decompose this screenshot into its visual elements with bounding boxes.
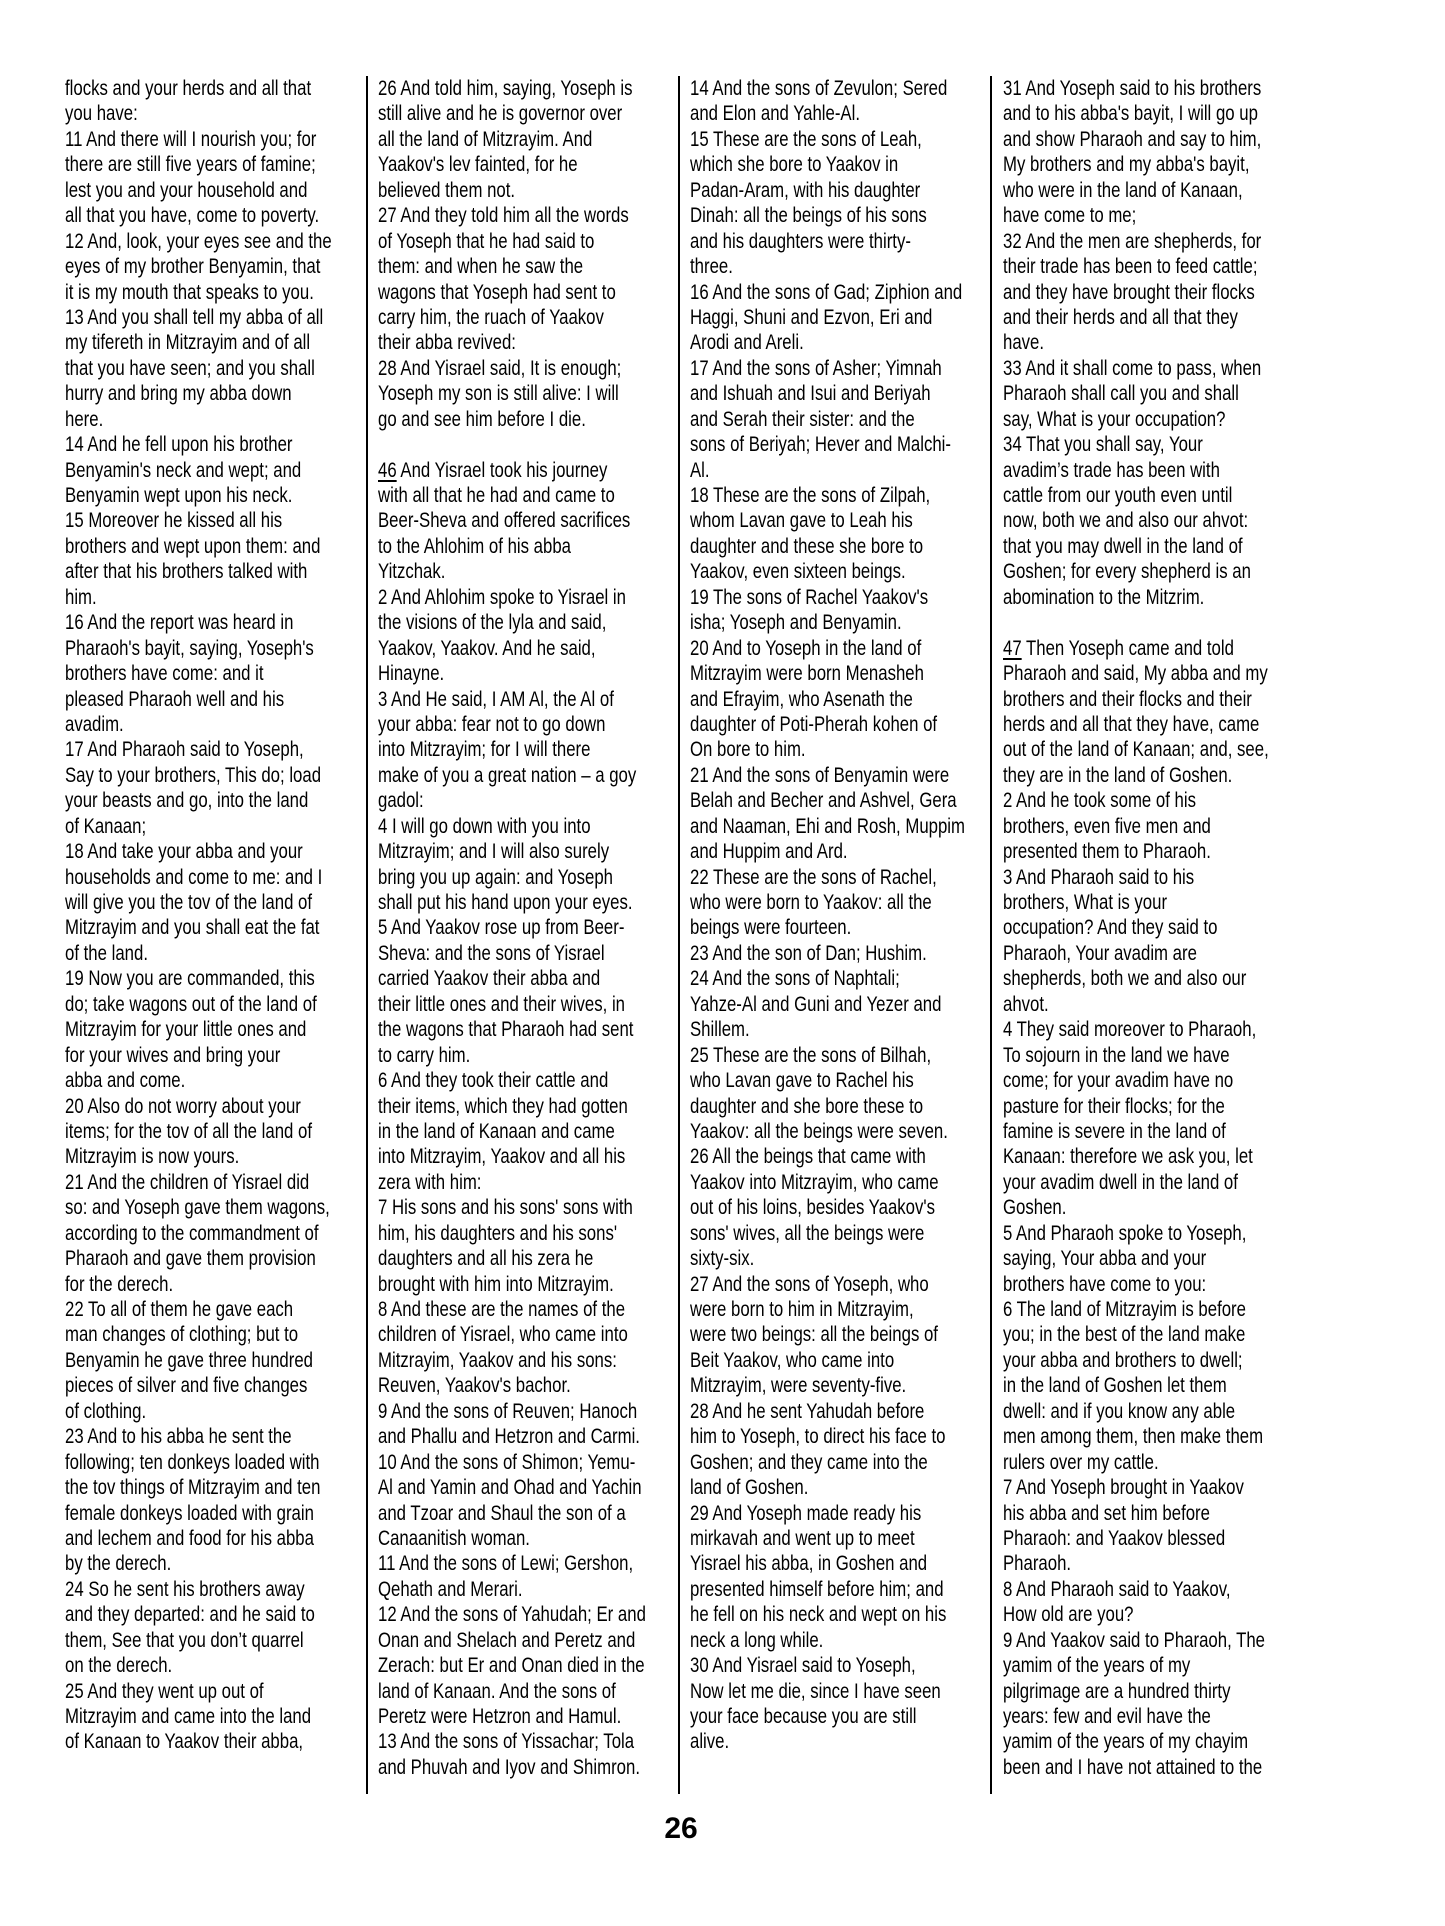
- text-line: their little ones and their wives, in: [378, 992, 674, 1017]
- chapter-number: 47: [1003, 636, 1022, 660]
- text-line: Yitzchak.: [378, 559, 674, 584]
- text-line: three.: [690, 254, 986, 279]
- text-line: pleased Pharaoh well and his: [65, 687, 361, 712]
- text-line: shall put his hand upon your eyes.: [378, 890, 674, 915]
- text-line: Belah and Becher and Ashvel, Gera: [690, 788, 986, 813]
- text-line: famine is severe in the land of: [1003, 1119, 1299, 1144]
- text-line: of Kanaan;: [65, 814, 361, 839]
- text-line: 25 And they went up out of: [65, 1679, 361, 1704]
- text-line: and their herds and all that they: [1003, 305, 1299, 330]
- text-line: following; ten donkeys loaded with: [65, 1450, 361, 1475]
- text-line: 21 And the children of Yisrael did: [65, 1170, 361, 1195]
- text-line: Onan and Shelach and Peretz and: [378, 1628, 674, 1653]
- text-line: whom Lavan gave to Leah his: [690, 508, 986, 533]
- text-line: their items, which they had gotten: [378, 1094, 674, 1119]
- text-line: 33 And it shall come to pass, when: [1003, 356, 1299, 381]
- text-line: sons of Beriyah; Hever and Malchi-: [690, 432, 986, 457]
- text-line: Mitzrayim and came into the land: [65, 1704, 361, 1729]
- text-line: 28 And he sent Yahudah before: [690, 1399, 986, 1424]
- text-line: To sojourn in the land we have: [1003, 1043, 1299, 1068]
- text-line: all that you have, come to poverty.: [65, 203, 361, 228]
- text-line: avadim’s trade has been with: [1003, 458, 1299, 483]
- text-line: 24 So he sent his brothers away: [65, 1577, 361, 1602]
- text-line: 31 And Yoseph said to his brothers: [1003, 76, 1299, 101]
- text-line: his abba and set him before: [1003, 1501, 1299, 1526]
- scripture-page: flocks and your herds and all thatyou ha…: [0, 0, 1445, 1926]
- text-line: in the land of Kanaan and came: [378, 1119, 674, 1144]
- text-line: daughter and these she bore to: [690, 534, 986, 559]
- text-line: 11 And there will I nourish you; for: [65, 127, 361, 152]
- text-line: your abba: fear not to go down: [378, 712, 674, 737]
- text-line: brothers and their flocks and their: [1003, 687, 1299, 712]
- text-line: ahvot.: [1003, 992, 1299, 1017]
- text-line: that you may dwell in the land of: [1003, 534, 1299, 559]
- text-line: My brothers and my abba's bayit,: [1003, 152, 1299, 177]
- text-line: of the land.: [65, 941, 361, 966]
- text-line: eyes of my brother Benyamin, that: [65, 254, 361, 279]
- text-line: Mitzrayim is now yours.: [65, 1144, 361, 1169]
- text-line: men among them, then make them: [1003, 1424, 1299, 1449]
- text-line: Dinah: all the beings of his sons: [690, 203, 986, 228]
- text-line: yamim of the years of my: [1003, 1653, 1299, 1678]
- text-line: 5 And Yaakov rose up from Beer-: [378, 915, 674, 940]
- text-line: 26 And told him, saying, Yoseph is: [378, 76, 674, 101]
- text-line: 24 And the sons of Naphtali;: [690, 966, 986, 991]
- text-line: sixty-six.: [690, 1246, 986, 1271]
- text-line: to the Ahlohim of his abba: [378, 534, 674, 559]
- text-line: 14 And he fell upon his brother: [65, 432, 361, 457]
- text-line: How old are you?: [1003, 1602, 1299, 1627]
- text-line: and Ishuah and Isui and Beriyah: [690, 381, 986, 406]
- text-line: and Serah their sister: and the: [690, 407, 986, 432]
- text-line: daughter of Poti-Pherah kohen of: [690, 712, 986, 737]
- text-line: Yisrael his abba, in Goshen and: [690, 1551, 986, 1576]
- text-line: Mitzrayim; and I will also surely: [378, 839, 674, 864]
- text-line: the visions of the lyla and said,: [378, 610, 674, 635]
- text-line: Shillem.: [690, 1017, 986, 1042]
- text-line: 25 These are the sons of Bilhah,: [690, 1043, 986, 1068]
- text-line: land of Kanaan. And the sons of: [378, 1679, 674, 1704]
- text-line: saying, Your abba and your: [1003, 1246, 1299, 1271]
- text-line: pilgrimage are a hundred thirty: [1003, 1679, 1299, 1704]
- text-line: of Yoseph that he had said to: [378, 229, 674, 254]
- text-line: pieces of silver and five changes: [65, 1373, 361, 1398]
- text-line: Yahze-Al and Guni and Yezer and: [690, 992, 986, 1017]
- text-line: 12 And the sons of Yahudah; Er and: [378, 1602, 674, 1627]
- text-line: out of the land of Kanaan; and, see,: [1003, 737, 1299, 762]
- column-divider-2: [678, 76, 680, 1794]
- text-line: Mitzrayim for your little ones and: [65, 1017, 361, 1042]
- text-line: go and see him before I die.: [378, 407, 674, 432]
- text-line: Goshen; for every shepherd is an: [1003, 559, 1299, 584]
- text-line: you have:: [65, 101, 361, 126]
- text-line: 22 These are the sons of Rachel,: [690, 865, 986, 890]
- text-line: daughter and she bore these to: [690, 1094, 986, 1119]
- text-line: Benyamin he gave three hundred: [65, 1348, 361, 1373]
- text-line: 7 His sons and his sons' sons with: [378, 1195, 674, 1220]
- text-line: which she bore to Yaakov in: [690, 152, 986, 177]
- text-line: 13 And the sons of Yissachar; Tola: [378, 1729, 674, 1754]
- text-line: 47 Then Yoseph came and told: [1003, 636, 1299, 661]
- text-line: believed them not.: [378, 178, 674, 203]
- text-line: Yaakov: all the beings were seven.: [690, 1119, 986, 1144]
- text-line: your beasts and go, into the land: [65, 788, 361, 813]
- text-line: and they departed: and he said to: [65, 1602, 361, 1627]
- text-line: On bore to him.: [690, 737, 986, 762]
- text-line: Yaakov, Yaakov. And he said,: [378, 636, 674, 661]
- text-line: make of you a great nation – a goy: [378, 763, 674, 788]
- text-line: Al.: [690, 458, 986, 483]
- text-line: Beer-Sheva and offered sacrifices: [378, 508, 674, 533]
- text-line: and Efrayim, who Asenath the: [690, 687, 986, 712]
- text-line: 23 And to his abba he sent the: [65, 1424, 361, 1449]
- text-column-4: 31 And Yoseph said to his brothersand to…: [1003, 76, 1299, 1780]
- text-line: the tov things of Mitzrayim and ten: [65, 1475, 361, 1500]
- text-line: presented them to Pharaoh.: [1003, 839, 1299, 864]
- text-line: Benyamin's neck and wept; and: [65, 458, 361, 483]
- text-line: 23 And the son of Dan; Hushim.: [690, 941, 986, 966]
- text-line: 20 And to Yoseph in the land of: [690, 636, 986, 661]
- text-line: 12 And, look, your eyes see and the: [65, 229, 361, 254]
- text-line: 4 I will go down with you into: [378, 814, 674, 839]
- text-line: daughters and all his zera he: [378, 1246, 674, 1271]
- text-line: will give you the tov of the land of: [65, 890, 361, 915]
- text-line: who Lavan gave to Rachel his: [690, 1068, 986, 1093]
- text-line: brothers have come: and it: [65, 661, 361, 686]
- text-line: they are in the land of Goshen.: [1003, 763, 1299, 788]
- text-line: sons' wives, all the beings were: [690, 1221, 986, 1246]
- text-line: into Mitzrayim, Yaakov and all his: [378, 1144, 674, 1169]
- text-line: Pharaoh: and Yaakov blessed: [1003, 1526, 1299, 1551]
- text-line: 27 And they told him all the words: [378, 203, 674, 228]
- text-line: Canaanitish woman.: [378, 1526, 674, 1551]
- text-line: 8 And Pharaoh said to Yaakov,: [1003, 1577, 1299, 1602]
- text-line: now, both we and also our ahvot:: [1003, 508, 1299, 533]
- text-line: and show Pharaoh and say to him,: [1003, 127, 1299, 152]
- text-line: Pharaoh's bayit, saying, Yoseph's: [65, 636, 361, 661]
- text-line: of clothing.: [65, 1399, 361, 1424]
- text-line: 8 And these are the names of the: [378, 1297, 674, 1322]
- text-line: and Naaman, Ehi and Rosh, Muppim: [690, 814, 986, 839]
- text-line: for the derech.: [65, 1272, 361, 1297]
- text-line: and Huppim and Ard.: [690, 839, 986, 864]
- text-line: Say to your brothers, This do; load: [65, 763, 361, 788]
- text-column-1-content: flocks and your herds and all thatyou ha…: [65, 76, 361, 1755]
- text-line: 2 And Ahlohim spoke to Yisrael in: [378, 585, 674, 610]
- text-line: pasture for their flocks; for the: [1003, 1094, 1299, 1119]
- text-line: into Mitzrayim; for I will there: [378, 737, 674, 762]
- text-line: years: few and evil have the: [1003, 1704, 1299, 1729]
- text-line: 21 And the sons of Benyamin were: [690, 763, 986, 788]
- text-line: you; in the best of the land make: [1003, 1322, 1299, 1347]
- text-line: 27 And the sons of Yoseph, who: [690, 1272, 986, 1297]
- text-line: for your wives and bring your: [65, 1043, 361, 1068]
- text-line: that you have seen; and you shall: [65, 356, 361, 381]
- text-line: and Tzoar and Shaul the son of a: [378, 1501, 674, 1526]
- text-line: brothers have come to you:: [1003, 1272, 1299, 1297]
- text-line: Goshen; and they came into the: [690, 1450, 986, 1475]
- text-line: your abba and brothers to dwell;: [1003, 1348, 1299, 1373]
- text-line: 2 And he took some of his: [1003, 788, 1299, 813]
- text-line: land of Goshen.: [690, 1475, 986, 1500]
- text-line: 26 All the beings that came with: [690, 1144, 986, 1169]
- text-line: Yoseph my son is still alive: I will: [378, 381, 674, 406]
- text-line: mirkavah and went up to meet: [690, 1526, 986, 1551]
- text-line: children of Yisrael, who came into: [378, 1322, 674, 1347]
- text-line: man changes of clothing; but to: [65, 1322, 361, 1347]
- text-column-4-content: 31 And Yoseph said to his brothersand to…: [1003, 76, 1299, 1780]
- text-line: brothers, What is your: [1003, 890, 1299, 915]
- text-column-3-content: 14 And the sons of Zevulon; Seredand Elo…: [690, 76, 986, 1755]
- text-line: rulers over my cattle.: [1003, 1450, 1299, 1475]
- text-line: out of his loins, besides Yaakov's: [690, 1195, 986, 1220]
- text-line: alive.: [690, 1729, 986, 1754]
- text-line: Mitzrayim and you shall eat the fat: [65, 915, 361, 940]
- text-line: dwell: and if you know any able: [1003, 1399, 1299, 1424]
- text-line: 16 And the report was heard in: [65, 610, 361, 635]
- text-line: lest you and your household and: [65, 178, 361, 203]
- text-line: 13 And you shall tell my abba of all: [65, 305, 361, 330]
- text-line: so: and Yoseph gave them wagons,: [65, 1195, 361, 1220]
- text-line: 15 These are the sons of Leah,: [690, 127, 986, 152]
- page-number: 26: [65, 1812, 1297, 1846]
- text-line: Yaakov's lev fainted, for he: [378, 152, 674, 177]
- text-line: hurry and bring my abba down: [65, 381, 361, 406]
- text-line: 28 And Yisrael said, It is enough;: [378, 356, 674, 381]
- text-line: 17 And the sons of Asher; Yimnah: [690, 356, 986, 381]
- text-line: flocks and your herds and all that: [65, 76, 361, 101]
- text-line: and Phuvah and Iyov and Shimron.: [378, 1755, 674, 1780]
- text-line: after that his brothers talked with: [65, 559, 361, 584]
- text-line: by the derech.: [65, 1551, 361, 1576]
- text-line: Haggi, Shuni and Ezvon, Eri and: [690, 305, 986, 330]
- text-line: Zerach: but Er and Onan died in the: [378, 1653, 674, 1678]
- text-line: 16 And the sons of Gad; Ziphion and: [690, 280, 986, 305]
- text-line: him, his daughters and his sons': [378, 1221, 674, 1246]
- text-line: all the land of Mitzrayim. And: [378, 127, 674, 152]
- text-line: 10 And the sons of Shimon; Yemu-: [378, 1450, 674, 1475]
- text-line: on the derech.: [65, 1653, 361, 1678]
- text-line: abba and come.: [65, 1068, 361, 1093]
- text-line: 18 These are the sons of Zilpah,: [690, 483, 986, 508]
- text-line: their abba revived:: [378, 330, 674, 355]
- text-line: and his daughters were thirty-: [690, 229, 986, 254]
- text-line: 5 And Pharaoh spoke to Yoseph,: [1003, 1221, 1299, 1246]
- text-line: avadim.: [65, 712, 361, 737]
- text-line: to carry him.: [378, 1043, 674, 1068]
- text-line: 6 And they took their cattle and: [378, 1068, 674, 1093]
- text-line: 19 The sons of Rachel Yaakov's: [690, 585, 986, 610]
- text-line: Pharaoh and said, My abba and my: [1003, 661, 1299, 686]
- text-line: with all that he had and came to: [378, 483, 674, 508]
- text-line: 15 Moreover he kissed all his: [65, 508, 361, 533]
- text-column-1: flocks and your herds and all thatyou ha…: [65, 76, 361, 1755]
- text-line: it is my mouth that speaks to you.: [65, 280, 361, 305]
- text-line: the wagons that Pharaoh had sent: [378, 1017, 674, 1042]
- text-line: presented himself before him; and: [690, 1577, 986, 1602]
- text-line: and lechem and food for his abba: [65, 1526, 361, 1551]
- text-line: 29 And Yoseph made ready his: [690, 1501, 986, 1526]
- text-line: Mitzrayim were born Menasheh: [690, 661, 986, 686]
- text-line: Now let me die, since I have seen: [690, 1679, 986, 1704]
- chapter-number: 46: [378, 458, 397, 482]
- text-line: say, What is your occupation?: [1003, 407, 1299, 432]
- text-line: gadol:: [378, 788, 674, 813]
- text-line: items; for the tov of all the land of: [65, 1119, 361, 1144]
- text-line: Pharaoh, Your avadim are: [1003, 941, 1299, 966]
- text-line: 7 And Yoseph brought in Yaakov: [1003, 1475, 1299, 1500]
- text-line: 3 And Pharaoh said to his: [1003, 865, 1299, 890]
- text-line: were two beings: all the beings of: [690, 1322, 986, 1347]
- text-line: Mitzrayim, were seventy-five.: [690, 1373, 986, 1398]
- text-line: Yaakov, even sixteen beings.: [690, 559, 986, 584]
- text-line: 9 And the sons of Reuven; Hanoch: [378, 1399, 674, 1424]
- text-line: female donkeys loaded with grain: [65, 1501, 361, 1526]
- text-line: do; take wagons out of the land of: [65, 992, 361, 1017]
- text-line: 20 Also do not worry about your: [65, 1094, 361, 1119]
- text-line: 3 And He said, I AM Al, the Al of: [378, 687, 674, 712]
- text-line: their trade has been to feed cattle;: [1003, 254, 1299, 279]
- text-line: still alive and he is governor over: [378, 101, 674, 126]
- text-line: beings were fourteen.: [690, 915, 986, 940]
- text-line: zera with him:: [378, 1170, 674, 1195]
- text-line: have come to me;: [1003, 203, 1299, 228]
- text-line: 9 And Yaakov said to Pharaoh, The: [1003, 1628, 1299, 1653]
- text-line: Benyamin wept upon his neck.: [65, 483, 361, 508]
- text-line: Al and Yamin and Ohad and Yachin: [378, 1475, 674, 1500]
- text-line: cattle from our youth even until: [1003, 483, 1299, 508]
- text-line: of Kanaan to Yaakov their abba,: [65, 1729, 361, 1754]
- text-line: Pharaoh shall call you and shall: [1003, 381, 1299, 406]
- text-line: according to the commandment of: [65, 1221, 361, 1246]
- text-line: 34 That you shall say, Your: [1003, 432, 1299, 457]
- text-line: neck a long while.: [690, 1628, 986, 1653]
- text-line: 17 And Pharaoh said to Yoseph,: [65, 737, 361, 762]
- text-line: there are still five years of famine;: [65, 152, 361, 177]
- text-line: Peretz were Hetzron and Hamul.: [378, 1704, 674, 1729]
- text-line: and they have brought their flocks: [1003, 280, 1299, 305]
- text-line: 11 And the sons of Lewi; Gershon,: [378, 1551, 674, 1576]
- text-column-2-content: 26 And told him, saying, Yoseph isstill …: [378, 76, 674, 1780]
- text-line: 46 And Yisrael took his journey: [378, 458, 674, 483]
- text-column-2: 26 And told him, saying, Yoseph isstill …: [378, 76, 674, 1780]
- text-line: Padan-Aram, with his daughter: [690, 178, 986, 203]
- text-line: 30 And Yisrael said to Yoseph,: [690, 1653, 986, 1678]
- text-line: he fell on his neck and wept on his: [690, 1602, 986, 1627]
- text-line: Sheva: and the sons of Yisrael: [378, 941, 674, 966]
- text-line: wagons that Yoseph had sent to: [378, 280, 674, 305]
- text-line: and Phallu and Hetzron and Carmi.: [378, 1424, 674, 1449]
- text-line: carry him, the ruach of Yaakov: [378, 305, 674, 330]
- text-line: Reuven, Yaakov's bachor.: [378, 1373, 674, 1398]
- text-line: him to Yoseph, to direct his face to: [690, 1424, 986, 1449]
- text-line: Hinayne.: [378, 661, 674, 686]
- column-divider-3: [990, 76, 992, 1794]
- text-line: herds and all that they have, came: [1003, 712, 1299, 737]
- text-line: Arodi and Areli.: [690, 330, 986, 355]
- text-line: 6 The land of Mitzrayim is before: [1003, 1297, 1299, 1322]
- text-line: 22 To all of them he gave each: [65, 1297, 361, 1322]
- text-line: Mitzrayim, Yaakov and his sons:: [378, 1348, 674, 1373]
- text-line: him.: [65, 585, 361, 610]
- text-line: 18 And take your abba and your: [65, 839, 361, 864]
- text-line: and Elon and Yahle-Al.: [690, 101, 986, 126]
- text-line: yamim of the years of my chayim: [1003, 1729, 1299, 1754]
- text-line: Pharaoh.: [1003, 1551, 1299, 1576]
- text-line: Qehath and Merari.: [378, 1577, 674, 1602]
- text-line: brothers and wept upon them: and: [65, 534, 361, 559]
- text-line: households and come to me: and I: [65, 865, 361, 890]
- text-line: shepherds, both we and also our: [1003, 966, 1299, 991]
- text-line: my tifereth in Mitzrayim and of all: [65, 330, 361, 355]
- text-line: Pharaoh and gave them provision: [65, 1246, 361, 1271]
- column-divider-1: [366, 76, 368, 1794]
- text-line: and to his abba's bayit, I will go up: [1003, 101, 1299, 126]
- text-line: brought with him into Mitzrayim.: [378, 1272, 674, 1297]
- text-line: Yaakov into Mitzrayim, who came: [690, 1170, 986, 1195]
- text-line: who were in the land of Kanaan,: [1003, 178, 1299, 203]
- text-line: isha; Yoseph and Benyamin.: [690, 610, 986, 635]
- text-line: 14 And the sons of Zevulon; Sered: [690, 76, 986, 101]
- text-column-3: 14 And the sons of Zevulon; Seredand Elo…: [690, 76, 986, 1755]
- text-line: brothers, even five men and: [1003, 814, 1299, 839]
- text-line: come; for your avadim have no: [1003, 1068, 1299, 1093]
- text-line: 4 They said moreover to Pharaoh,: [1003, 1017, 1299, 1042]
- text-line: Goshen.: [1003, 1195, 1299, 1220]
- text-line: who were born to Yaakov: all the: [690, 890, 986, 915]
- text-line: Kanaan: therefore we ask you, let: [1003, 1144, 1299, 1169]
- text-line: your face because you are still: [690, 1704, 986, 1729]
- text-line: them, See that you don’t quarrel: [65, 1628, 361, 1653]
- text-line: occupation? And they said to: [1003, 915, 1299, 940]
- text-line: have.: [1003, 330, 1299, 355]
- text-line: them: and when he saw the: [378, 254, 674, 279]
- text-line: Beit Yaakov, who came into: [690, 1348, 986, 1373]
- text-line: were born to him in Mitzrayim,: [690, 1297, 986, 1322]
- text-line: in the land of Goshen let them: [1003, 1373, 1299, 1398]
- text-line: bring you up again: and Yoseph: [378, 865, 674, 890]
- text-line: 19 Now you are commanded, this: [65, 966, 361, 991]
- text-line: been and I have not attained to the: [1003, 1755, 1299, 1780]
- text-line: here.: [65, 407, 361, 432]
- text-line: abomination to the Mitzrim.: [1003, 585, 1299, 610]
- text-line: your avadim dwell in the land of: [1003, 1170, 1299, 1195]
- text-line: 32 And the men are shepherds, for: [1003, 229, 1299, 254]
- text-line: carried Yaakov their abba and: [378, 966, 674, 991]
